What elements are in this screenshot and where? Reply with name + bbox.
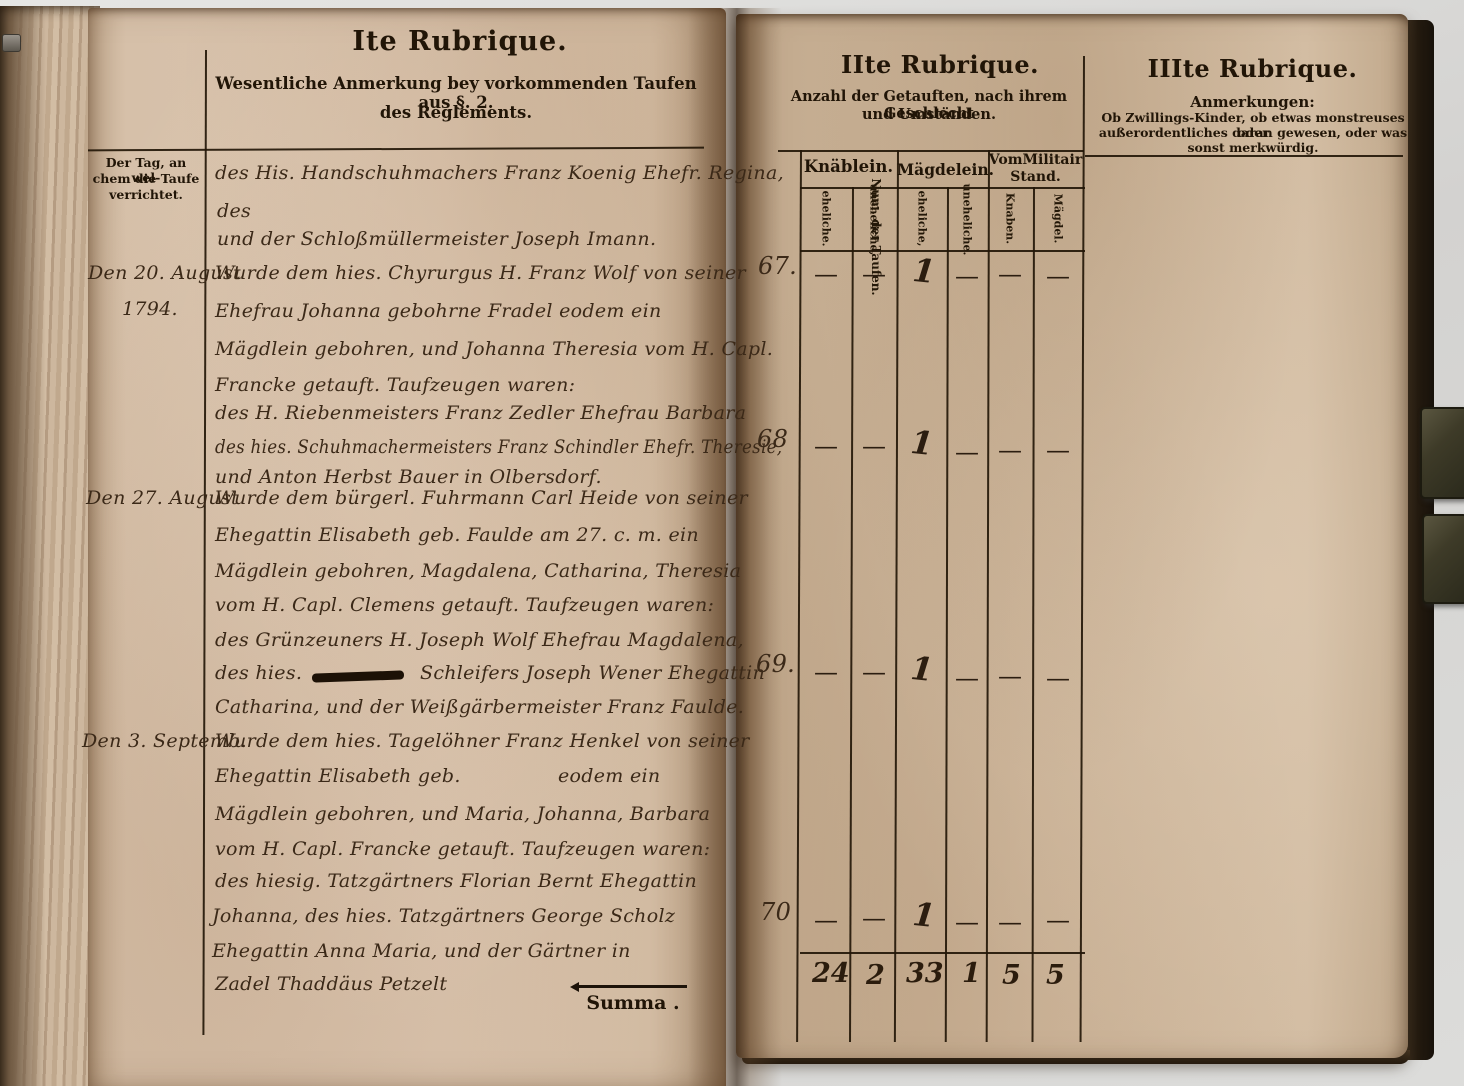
bookmark-tab (1420, 407, 1464, 499)
rubrique2-title: IIte Rubrique. (795, 50, 1085, 79)
rubrique1-subtitle-line2: des Reglements. (212, 103, 700, 122)
table-horizontal-rule (800, 250, 1085, 252)
handwritten-line: des His. Handschuhmachers Franz Koenig E… (215, 162, 784, 184)
handwritten-line: des H. Riebenmeisters Franz Zedler Ehefr… (215, 402, 746, 424)
subcolumn-label: eheliche, (916, 184, 929, 254)
table-cell-mark: 1 (910, 895, 938, 935)
handwritten-line: des (217, 200, 251, 222)
handwritten-line: Ehegattin Elisabeth geb. Faulde am 27. c… (215, 524, 699, 546)
date-column-header-line2: chem die Taufe (90, 171, 202, 186)
handwritten-line: Catharina, und der Weißgärbermeister Fra… (215, 696, 744, 718)
table-cell-mark: — (854, 658, 894, 686)
column-group-militair-line1: VomMilitair (988, 152, 1083, 168)
total-value: 24 (812, 958, 850, 989)
handwritten-line: Ehefrau Johanna gebohrne Fradel eodem ei… (215, 300, 662, 322)
row-number: 67. (758, 252, 797, 280)
row-number: 68 (757, 425, 788, 453)
handwritten-line: des hies. (215, 662, 302, 684)
total-value: 2 (866, 960, 885, 991)
total-value: 1 (962, 958, 981, 989)
total-value: 5 (1002, 960, 1021, 991)
handwritten-line: Mägdlein gebohren, und Johanna Theresia … (215, 338, 773, 360)
table-cell-mark: — (806, 658, 846, 686)
table-cell-mark: — (854, 260, 894, 288)
table-cell-mark: — (947, 908, 987, 936)
rubrique2-subtitle-line2: und Umständen. (770, 106, 1088, 123)
total-value: 33 (906, 958, 944, 989)
subcolumn-label: uneheliche. (961, 184, 974, 254)
handwritten-line: eodem ein (558, 765, 660, 787)
table-cell-mark: — (947, 438, 987, 466)
table-cell-mark: — (806, 906, 846, 934)
handwritten-line: vom H. Capl. Francke getauft. Taufzeugen… (215, 838, 710, 860)
column-group-maegdelein: Mägdelein. (897, 160, 988, 179)
rubrique3-rule (1085, 155, 1403, 157)
table-cell-mark: — (990, 908, 1030, 936)
table-cell-mark: — (806, 432, 846, 460)
summa-arrow-icon (575, 985, 687, 988)
totals-rule (800, 952, 1085, 954)
handwritten-line: und der Schloßmüllermeister Joseph Imann… (217, 228, 656, 250)
entry-date: 1794. (122, 298, 178, 320)
rubrique1-title: Ite Rubrique. (300, 26, 620, 57)
handwritten-line: Mägdlein gebohren, Magdalena, Catharina,… (215, 560, 741, 582)
rubrique3-title: IIIte Rubrique. (1105, 54, 1400, 83)
handwritten-line: Ehegattin Elisabeth geb. (215, 765, 461, 787)
table-cell-mark: 1 (908, 649, 936, 689)
row-number: 70 (760, 898, 791, 926)
table-horizontal-rule (800, 187, 1085, 189)
handwritten-line: Schleifers Joseph Wener Ehegattin (420, 662, 765, 684)
handwritten-line: des hiesig. Tatzgärtners Florian Bernt E… (215, 870, 697, 892)
subcolumn-label: uneheliche, (868, 184, 881, 254)
handwritten-line: des Grünzeuners H. Joseph Wolf Ehefrau M… (215, 629, 744, 651)
table-cell-mark: — (990, 436, 1030, 464)
table-cell-mark: — (990, 260, 1030, 288)
subcolumn-label: eheliche. (820, 184, 833, 254)
table-cell-mark: — (854, 904, 894, 932)
bookmark-tab (1422, 514, 1464, 604)
handwritten-line: vom H. Capl. Clemens getauft. Taufzeugen… (215, 594, 714, 616)
handwritten-line: Francke getauft. Taufzeugen waren: (215, 374, 575, 396)
table-cell-mark: 1 (908, 423, 936, 463)
handwritten-line: Ehegattin Anna Maria, und der Gärtner in (212, 940, 631, 962)
handwritten-line: Wurde dem hies. Chyrurgus H. Franz Wolf … (215, 262, 746, 284)
book-photo: Ite Rubrique. Wesentliche Anmerkung bey … (0, 0, 1464, 1086)
subcolumn-label: Knaben. (1004, 184, 1017, 254)
page-stack-edge (0, 6, 100, 1086)
handwritten-line: Johanna, des hies. Tatzgärtners George S… (212, 905, 675, 927)
summa-label: Summa . (578, 992, 688, 1014)
rubrique3-heading: Anmerkungen: (1105, 93, 1400, 111)
table-cell-mark: — (947, 664, 987, 692)
subcolumn-label: Mägdel. (1052, 184, 1065, 254)
table-cell-mark: — (947, 262, 987, 290)
date-column-header-line3: verrichtet. (90, 187, 202, 202)
table-cell-mark: — (990, 662, 1030, 690)
handwritten-line: des hies. Schuhmachermeisters Franz Schi… (215, 436, 782, 458)
rubrique3-text-line3: sonst merkwürdig. (1092, 140, 1414, 155)
row-number: 69. (756, 650, 795, 678)
table-cell-mark: — (806, 260, 846, 288)
handwritten-line: und Anton Herbst Bauer in Olbersdorf. (215, 466, 602, 488)
total-value: 5 (1046, 960, 1065, 991)
table-cell-mark: — (1038, 262, 1078, 290)
handwritten-line: Wurde dem hies. Tagelöhner Franz Henkel … (215, 730, 750, 752)
handwritten-line: Wurde dem bürgerl. Fuhrmann Carl Heide v… (215, 487, 748, 509)
clasp (2, 34, 21, 52)
table-cell-mark: — (1038, 906, 1078, 934)
handwritten-line: Zadel Thaddäus Petzelt (215, 973, 447, 995)
table-cell-mark: 1 (910, 251, 938, 291)
column-group-militair-line2: Stand. (988, 169, 1083, 185)
rubrique3-text-line2: außerordentliches daran gewesen, oder wa… (1092, 125, 1414, 140)
table-cell-mark: — (854, 432, 894, 460)
handwritten-line: Mägdlein gebohren, und Maria, Johanna, B… (215, 803, 710, 825)
table-cell-mark: — (1038, 664, 1078, 692)
table-cell-mark: — (1038, 436, 1078, 464)
